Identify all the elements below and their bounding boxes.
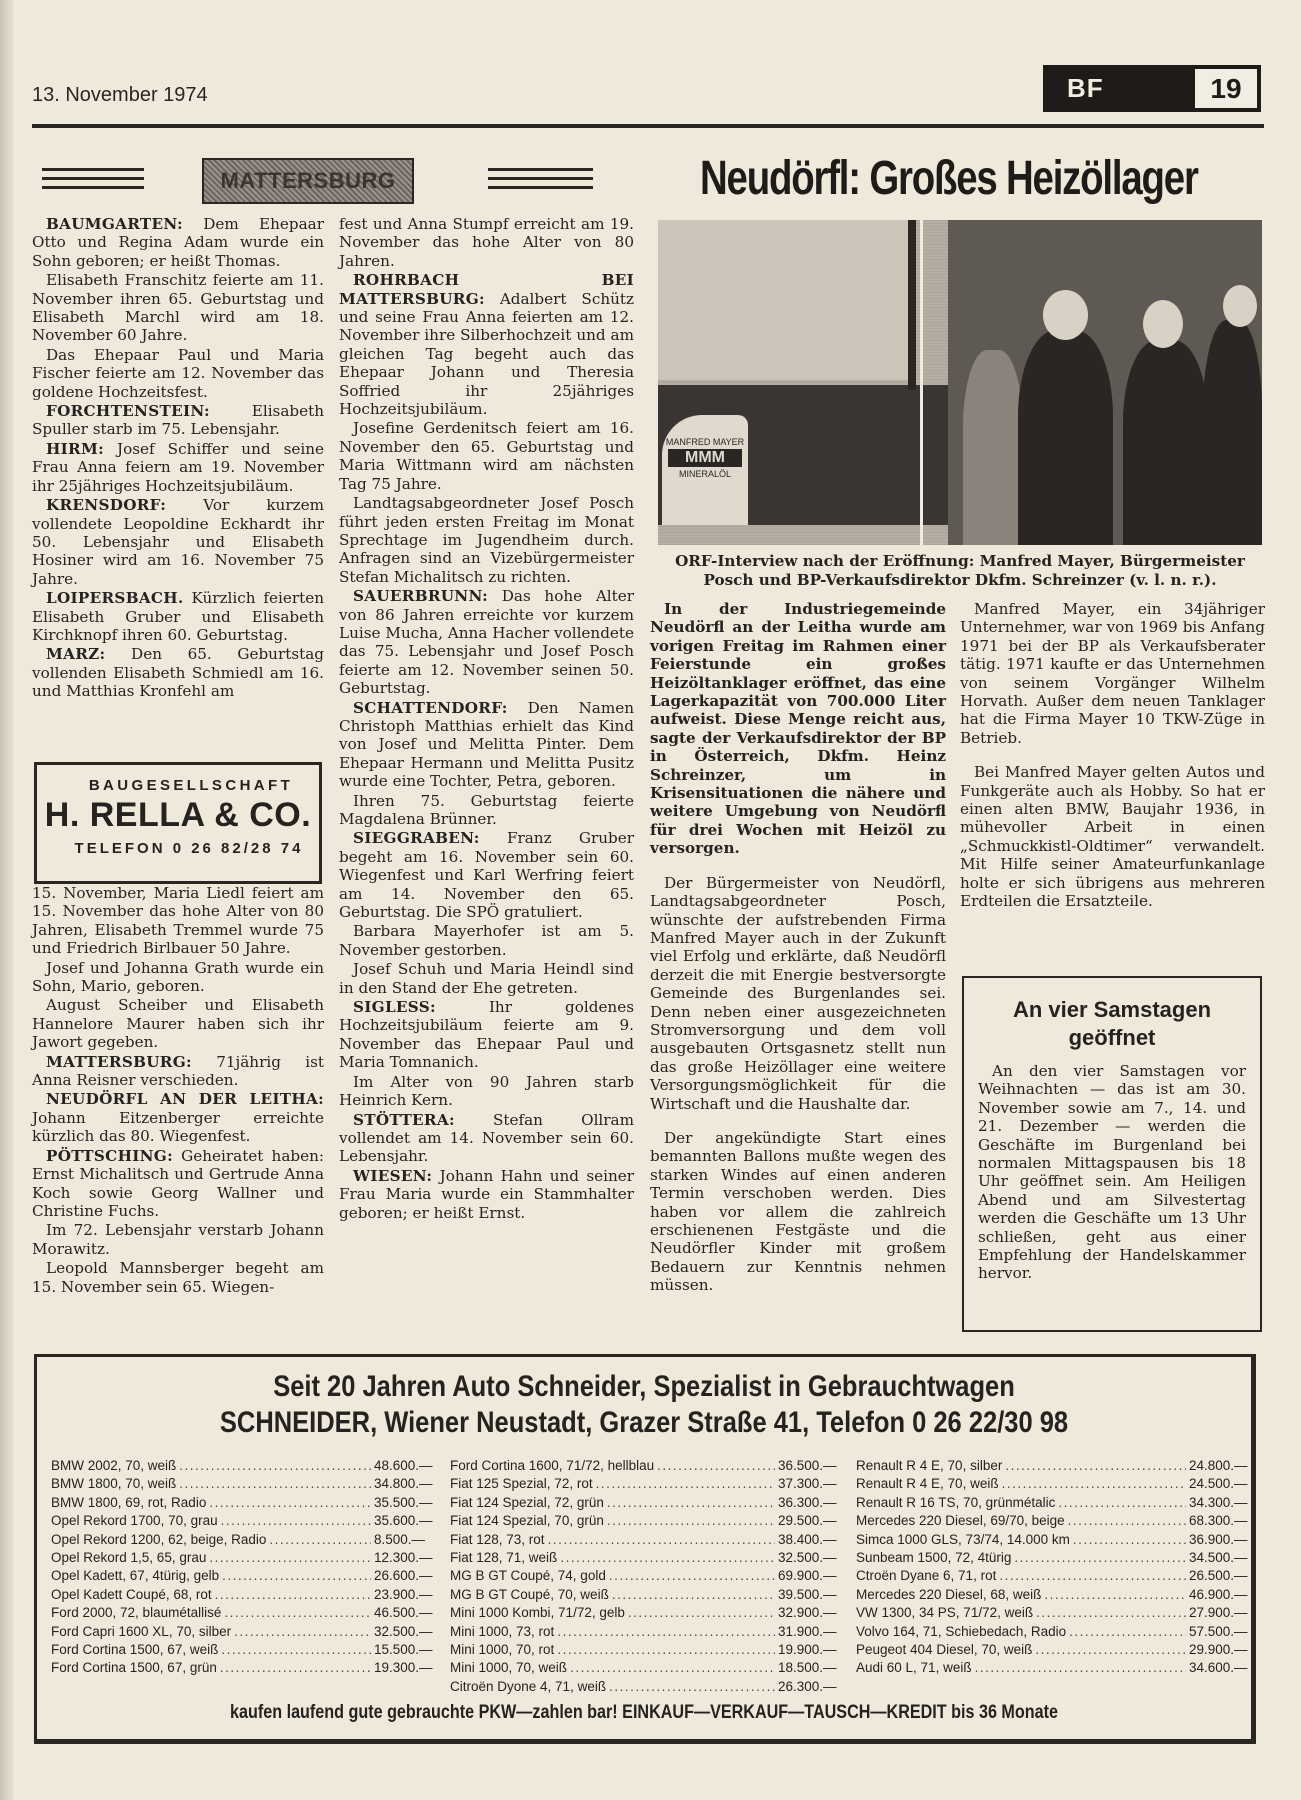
car-name: Fiat 124 Spezial, 70, grün [450, 1512, 604, 1530]
news-item: Ihren 75. Geburtstag feierte Magdalena B… [339, 792, 634, 829]
leader-dots [269, 1531, 371, 1549]
leader-dots [609, 1567, 775, 1585]
photo-truck: MANFRED MAYER MMM MINERALÖL [662, 415, 748, 525]
article-lead: In der Industriegemeinde Neudörfl an der… [650, 600, 946, 858]
leader-dots [179, 1475, 371, 1493]
news-item: Im Alter von 90 Jahren starb Heinrich Ke… [339, 1073, 634, 1110]
leader-dots [209, 1549, 371, 1567]
car-price: 68.300.— [1189, 1512, 1261, 1530]
leader-dots [220, 1659, 371, 1677]
car-listing: BMW 2002, 70, weiß48.600.— [51, 1457, 446, 1475]
car-price-list: BMW 2002, 70, weiß48.600.—BMW 1800, 70, … [51, 1457, 1241, 1696]
car-listing: Fiat 128, 71, weiß32.500.— [450, 1549, 850, 1567]
news-text: Im Alter von 90 Jahren starb Heinrich Ke… [339, 1073, 634, 1109]
car-price: 35.500.— [374, 1494, 446, 1512]
car-price: 34.800.— [374, 1475, 446, 1493]
car-price: 19.300.— [374, 1659, 446, 1677]
ad-rella-phone: TELEFON 0 26 82/28 74 [59, 840, 319, 857]
car-price: 24.500.— [1189, 1475, 1261, 1493]
car-name: Renault R 4 E, 70, silber [856, 1457, 1002, 1475]
leader-dots [999, 1567, 1186, 1585]
car-name: BMW 1800, 69, rot, Radio [51, 1494, 206, 1512]
car-name: Mini 1000, 73, rot [450, 1623, 554, 1641]
ad-rella: BAUGESELLSCHAFT H. RELLA & CO. TELEFON 0… [34, 762, 322, 884]
leader-dots [209, 1494, 371, 1512]
article-paragraph: Bei Manfred Mayer gelten Autos und Funkg… [960, 763, 1265, 910]
car-listing: Opel Rekord 1200, 62, beige, Radio8.500.… [51, 1531, 446, 1549]
car-price: 24.800.— [1189, 1457, 1261, 1475]
car-price: 32.900.— [778, 1604, 850, 1622]
place-name: LOIPERSBACH. [46, 589, 184, 607]
car-name: Renault R 16 TS, 70, grünmétalic [856, 1494, 1055, 1512]
car-listing: Mini 1000, 73, rot31.900.— [450, 1623, 850, 1641]
car-price: 69.900.— [778, 1567, 850, 1585]
section-heading: MATTERSBURG [42, 158, 622, 204]
car-price: 15.500.— [374, 1641, 446, 1659]
car-name: Ford Cortina 1500, 67, weiß [51, 1641, 218, 1659]
car-listing: Mercedes 220 Diesel, 68, weiß46.900.— [856, 1586, 1261, 1604]
car-listing: Simca 1000 GLS, 73/74, 14.000 km36.900.— [856, 1531, 1261, 1549]
news-text: Barbara Mayerhofer ist am 5. November ge… [339, 922, 634, 958]
ad-car-address: SCHNEIDER, Wiener Neustadt, Grazer Straß… [128, 1405, 1160, 1441]
car-price: 32.500.— [374, 1623, 446, 1641]
column-local-news-1b: 15. November, Maria Liedl feiert am 15. … [32, 884, 324, 1297]
news-text: Das Ehepaar Paul und Maria Fischer feier… [32, 346, 324, 401]
car-name: Opel Rekord 1200, 62, beige, Radio [51, 1531, 266, 1549]
car-list-column: Ford Cortina 1600, 71/72, hellblau36.500… [450, 1457, 850, 1696]
place-name: WIESEN: [353, 1167, 432, 1185]
car-price: 36.900.— [1189, 1531, 1261, 1549]
car-listing: Mercedes 220 Diesel, 69/70, beige68.300.… [856, 1512, 1261, 1530]
issue-date: 13. November 1974 [32, 84, 208, 107]
page-badge: BF 19 [1043, 65, 1261, 112]
news-item: STÖTTERA: Stefan Ollram vollendet am 14.… [339, 1111, 634, 1166]
car-listing: Renault R 4 E, 70, silber24.800.— [856, 1457, 1261, 1475]
news-item: Im 72. Lebensjahr verstarb Johann Morawi… [32, 1221, 324, 1258]
car-name: Peugeot 404 Diesel, 70, weiß [856, 1641, 1032, 1659]
car-listing: MG B GT Coupé, 70, weiß39.500.— [450, 1586, 850, 1604]
car-name: Ford 2000, 72, blaumétallisé [51, 1604, 221, 1622]
page-edge [0, 0, 14, 1800]
news-text: Josef Schuh und Maria Heindl sind in den… [339, 960, 634, 996]
news-item: LOIPERSBACH. Kürzlich feierten Elisabeth… [32, 589, 324, 644]
article-paragraph: Der angekündigte Start eines bemannten B… [650, 1129, 946, 1295]
leader-dots [975, 1659, 1186, 1677]
ad-car-footer: kaufen laufend gute gebrauchte PKW—zahle… [128, 1702, 1160, 1724]
car-listing: Fiat 125 Spezial, 72, rot37.300.— [450, 1475, 850, 1493]
car-listing: Fiat 124 Spezial, 70, grün29.500.— [450, 1512, 850, 1530]
car-listing: Citroën Dyone 4, 71, weiß26.300.— [450, 1678, 850, 1696]
car-name: Citroën Dyone 4, 71, weiß [450, 1678, 606, 1696]
car-listing: MG B GT Coupé, 74, gold69.900.— [450, 1567, 850, 1585]
car-price: 34.500.— [1189, 1549, 1261, 1567]
leader-dots [1044, 1586, 1186, 1604]
place-name: MATTERSBURG: [46, 1053, 192, 1071]
news-item: SAUERBRUNN: Das hohe Alter von 86 Jahren… [339, 587, 634, 697]
car-list-column: BMW 2002, 70, weiß48.600.—BMW 1800, 70, … [51, 1457, 446, 1696]
car-price: 26.600.— [374, 1567, 446, 1585]
car-price: 36.300.— [778, 1494, 850, 1512]
place-name: SAUERBRUNN: [353, 587, 488, 605]
news-item: NEUDÖRFL AN DER LEITHA: Johann Eitzenber… [32, 1090, 324, 1145]
car-name: BMW 2002, 70, weiß [51, 1457, 176, 1475]
notice-body: An den vier Samstagen vor Weihnachten — … [978, 1062, 1246, 1283]
leader-dots [596, 1475, 775, 1493]
leader-dots [557, 1623, 775, 1641]
car-price: 26.500.— [1189, 1567, 1261, 1585]
car-name: Mercedes 220 Diesel, 68, weiß [856, 1586, 1041, 1604]
car-name: Mercedes 220 Diesel, 69/70, beige [856, 1512, 1065, 1530]
photo-person [1123, 340, 1208, 545]
car-price: 8.500.— [374, 1531, 446, 1549]
leader-dots [1068, 1512, 1186, 1530]
car-listing: Mini 1000, 70, weiß18.500.— [450, 1659, 850, 1677]
car-name: Fiat 128, 71, weiß [450, 1549, 557, 1567]
car-price: 39.500.— [778, 1586, 850, 1604]
car-listing: Sunbeam 1500, 72, 4türig34.500.— [856, 1549, 1261, 1567]
place-name: SIGLESS: [353, 998, 436, 1016]
car-price: 29.900.— [1189, 1641, 1261, 1659]
car-listing: Opel Rekord 1,5, 65, grau12.300.— [51, 1549, 446, 1567]
car-price: 34.600.— [1189, 1659, 1261, 1677]
car-listing: Ford Capri 1600 XL, 70, silber32.500.— [51, 1623, 446, 1641]
car-name: Renault R 4 E, 70, weiß [856, 1475, 999, 1493]
article-photo: MANFRED MAYER MMM MINERALÖL [658, 220, 1262, 545]
car-listing: Renault R 16 TS, 70, grünmétalic34.300.— [856, 1494, 1261, 1512]
section-badge: BF [1067, 73, 1195, 104]
car-list-column: Renault R 4 E, 70, silber24.800.—Renault… [856, 1457, 1261, 1696]
place-name: PÖTTSCHING: [46, 1147, 173, 1165]
car-price: 48.600.— [374, 1457, 446, 1475]
leader-dots [224, 1604, 371, 1622]
car-name: Ford Cortina 1600, 71/72, hellblau [450, 1457, 654, 1475]
leader-dots [609, 1678, 775, 1696]
photo-caption: ORF-Interview nach der Eröffnung: Manfre… [650, 552, 1270, 590]
place-name: BAUMGARTEN: [46, 215, 183, 233]
leader-dots [1073, 1531, 1186, 1549]
car-price: 19.900.— [778, 1641, 850, 1659]
leader-dots [1002, 1475, 1186, 1493]
news-item: Josefine Gerdenitsch feiert am 16. Novem… [339, 419, 634, 493]
leader-dots [1058, 1494, 1186, 1512]
decorative-lines-left [42, 168, 144, 196]
news-item: Landtagsabgeordneter Josef Posch führt j… [339, 494, 634, 586]
news-text: fest und Anna Stumpf erreicht am 19. Nov… [339, 215, 634, 270]
car-name: Audi 60 L, 71, weiß [856, 1659, 972, 1677]
news-text: Landtagsabgeordneter Josef Posch führt j… [339, 494, 634, 586]
news-item: SIGLESS: Ihr goldenes Hochzeitsjubiläum … [339, 998, 634, 1072]
news-item: SIEGGRABEN: Franz Gruber begeht am 16. N… [339, 829, 634, 921]
leader-dots [628, 1604, 775, 1622]
car-listing: Fiat 128, 73, rot38.400.— [450, 1531, 850, 1549]
car-name: Fiat 125 Spezial, 72, rot [450, 1475, 593, 1493]
news-text: Adalbert Schütz und seine Frau Anna feie… [339, 290, 634, 418]
notice-title: An vier Samstagen geöffnet [978, 996, 1246, 1052]
car-name: BMW 1800, 70, weiß [51, 1475, 176, 1493]
car-name: Volvo 164, 71, Schiebedach, Radio [856, 1623, 1066, 1641]
leader-dots [179, 1457, 371, 1475]
car-name: Opel Kadett Coupé, 68, rot [51, 1586, 212, 1604]
article-paragraph: Manfred Mayer, ein 34jähriger Unternehme… [960, 600, 1265, 747]
car-price: 34.300.— [1189, 1494, 1261, 1512]
car-name: Opel Kadett, 67, 4türig, gelb [51, 1567, 219, 1585]
car-listing: Ford Cortina 1500, 67, grün19.300.— [51, 1659, 446, 1677]
car-price: 31.900.— [778, 1623, 850, 1641]
car-price: 37.300.— [778, 1475, 850, 1493]
leader-dots [1014, 1549, 1186, 1567]
news-text: August Scheiber und Elisabeth Hannelore … [32, 996, 324, 1051]
article-column-2: Manfred Mayer, ein 34jähriger Unternehme… [960, 600, 1265, 912]
leader-dots [607, 1512, 775, 1530]
news-text: 15. November, Maria Liedl feiert am 15. … [32, 884, 324, 957]
car-listing: Mini 1000, 70, rot19.900.— [450, 1641, 850, 1659]
car-price: 32.500.— [778, 1549, 850, 1567]
news-text: Josef und Johanna Grath wurde ein Sohn, … [32, 959, 324, 995]
news-text: Im 72. Lebensjahr verstarb Johann Morawi… [32, 1221, 324, 1257]
news-item: PÖTTSCHING: Geheiratet haben: Ernst Mich… [32, 1147, 324, 1221]
column-local-news-1: BAUMGARTEN: Dem Ehepaar Otto und Regina … [32, 215, 324, 702]
car-listing: BMW 1800, 70, weiß34.800.— [51, 1475, 446, 1493]
car-name: Opel Rekord 1700, 70, grau [51, 1512, 218, 1530]
news-text: Elisabeth Franschitz feierte am 11. Nove… [32, 271, 324, 344]
news-text: Leopold Mannsberger begeht am 15. Novemb… [32, 1259, 324, 1295]
article-headline: Neudörfl: Großes Heizöllager [700, 152, 1148, 206]
news-item: ROHRBACH BEI MATTERSBURG: Adalbert Schüt… [339, 271, 634, 418]
place-name: SIEGGRABEN: [353, 829, 480, 847]
leader-dots [221, 1512, 371, 1530]
place-name: STÖTTERA: [353, 1111, 455, 1129]
place-name: SCHATTENDORF: [353, 699, 508, 717]
car-name: Mini 1000, 70, weiß [450, 1659, 567, 1677]
car-name: Fiat 128, 73, rot [450, 1531, 545, 1549]
car-name: VW 1300, 34 PS, 71/72, weiß [856, 1604, 1033, 1622]
news-item: Josef und Johanna Grath wurde ein Sohn, … [32, 959, 324, 996]
column-local-news-2: fest und Anna Stumpf erreicht am 19. Nov… [339, 215, 634, 1223]
ad-car-headline: Seit 20 Jahren Auto Schneider, Spezialis… [128, 1369, 1160, 1405]
leader-dots [612, 1586, 775, 1604]
car-price: 46.500.— [374, 1604, 446, 1622]
car-listing: Ford Cortina 1600, 71/72, hellblau36.500… [450, 1457, 850, 1475]
car-name: Ctroën Dyane 6, 71, rot [856, 1567, 996, 1585]
place-name: FORCHTENSTEIN: [46, 402, 210, 420]
car-listing: BMW 1800, 69, rot, Radio35.500.— [51, 1494, 446, 1512]
car-name: Ford Cortina 1500, 67, grün [51, 1659, 217, 1677]
ad-rella-company: H. RELLA & CO. [37, 796, 319, 834]
leader-dots [221, 1641, 371, 1659]
car-name: MG B GT Coupé, 74, gold [450, 1567, 606, 1585]
news-item: Barbara Mayerhofer ist am 5. November ge… [339, 922, 634, 959]
car-name: Opel Rekord 1,5, 65, grau [51, 1549, 206, 1567]
car-listing: Ford 2000, 72, blaumétallisé46.500.— [51, 1604, 446, 1622]
leader-dots [657, 1457, 775, 1475]
place-name: HIRM: [46, 440, 104, 458]
leader-dots [1035, 1641, 1186, 1659]
news-item: Josef Schuh und Maria Heindl sind in den… [339, 960, 634, 997]
leader-dots [570, 1659, 775, 1677]
car-listing: Opel Kadett Coupé, 68, rot23.900.— [51, 1586, 446, 1604]
news-text: Josefine Gerdenitsch feiert am 16. Novem… [339, 419, 634, 492]
car-listing: Opel Rekord 1700, 70, grau35.600.— [51, 1512, 446, 1530]
leader-dots [560, 1549, 775, 1567]
car-name: Simca 1000 GLS, 73/74, 14.000 km [856, 1531, 1070, 1549]
car-name: Fiat 124 Spezial, 72, grün [450, 1494, 604, 1512]
news-item: SCHATTENDORF: Den Namen Christoph Matthi… [339, 699, 634, 791]
car-price: 29.500.— [778, 1512, 850, 1530]
news-item: August Scheiber und Elisabeth Hannelore … [32, 996, 324, 1051]
car-price: 36.500.— [778, 1457, 850, 1475]
car-price: 23.900.— [374, 1586, 446, 1604]
leader-dots [1036, 1604, 1186, 1622]
car-listing: Opel Kadett, 67, 4türig, gelb26.600.— [51, 1567, 446, 1585]
car-listing: Renault R 4 E, 70, weiß24.500.— [856, 1475, 1261, 1493]
car-price: 46.900.— [1189, 1586, 1261, 1604]
news-item: BAUMGARTEN: Dem Ehepaar Otto und Regina … [32, 215, 324, 270]
notice-box-saturdays: An vier Samstagen geöffnet An den vier S… [962, 976, 1262, 1332]
car-price: 27.900.— [1189, 1604, 1261, 1622]
car-price: 26.300.— [778, 1678, 850, 1696]
car-name: Mini 1000 Kombi, 71/72, gelb [450, 1604, 625, 1622]
leader-dots [557, 1641, 775, 1659]
photo-person [1018, 330, 1113, 545]
leader-dots [548, 1531, 775, 1549]
car-listing: Fiat 124 Spezial, 72, grün36.300.— [450, 1494, 850, 1512]
news-item: FORCHTENSTEIN: Elisabeth Spuller starb i… [32, 402, 324, 439]
car-listing: Ctroën Dyane 6, 71, rot26.500.— [856, 1567, 1261, 1585]
news-item: Elisabeth Franschitz feierte am 11. Nove… [32, 271, 324, 345]
car-name: Ford Capri 1600 XL, 70, silber [51, 1623, 231, 1641]
car-listing: VW 1300, 34 PS, 71/72, weiß27.900.— [856, 1604, 1261, 1622]
place-name: NEUDÖRFL AN DER LEITHA: [46, 1090, 324, 1108]
ad-rella-line1: BAUGESELLSCHAFT [63, 777, 319, 794]
car-price: 12.300.— [374, 1549, 446, 1567]
car-price: 35.600.— [374, 1512, 446, 1530]
leader-dots [1005, 1457, 1186, 1475]
leader-dots [215, 1586, 371, 1604]
news-item: KRENSDORF: Vor kurzem vollendete Leopold… [32, 496, 324, 588]
car-name: Mini 1000, 70, rot [450, 1641, 554, 1659]
place-name: KRENSDORF: [46, 496, 166, 514]
leader-dots [222, 1567, 371, 1585]
news-item: Das Ehepaar Paul und Maria Fischer feier… [32, 346, 324, 401]
car-listing: Ford Cortina 1500, 67, weiß15.500.— [51, 1641, 446, 1659]
header-rule [32, 124, 1264, 128]
car-price: 18.500.— [778, 1659, 850, 1677]
car-name: Sunbeam 1500, 72, 4türig [856, 1549, 1011, 1567]
news-text: Ihren 75. Geburtstag feierte Magdalena B… [339, 792, 634, 828]
car-name: MG B GT Coupé, 70, weiß [450, 1586, 609, 1604]
leader-dots [234, 1623, 371, 1641]
leader-dots [607, 1494, 775, 1512]
decorative-lines-right [488, 168, 593, 196]
news-item: MARZ: Den 65. Geburtstag vollenden Elisa… [32, 645, 324, 700]
news-item: 15. November, Maria Liedl feiert am 15. … [32, 884, 324, 958]
news-item: Leopold Mannsberger begeht am 15. Novemb… [32, 1259, 324, 1296]
news-item: HIRM: Josef Schiffer und seine Frau Anna… [32, 440, 324, 495]
news-item: fest und Anna Stumpf erreicht am 19. Nov… [339, 215, 634, 270]
place-name: MARZ: [46, 645, 105, 663]
car-listing: Volvo 164, 71, Schiebedach, Radio57.500.… [856, 1623, 1261, 1641]
page-number: 19 [1195, 69, 1257, 108]
photo-person [1203, 320, 1262, 545]
leader-dots [1069, 1623, 1186, 1641]
car-price: 38.400.— [778, 1531, 850, 1549]
car-listing: Audi 60 L, 71, weiß34.600.— [856, 1659, 1261, 1677]
ad-auto-schneider: Seit 20 Jahren Auto Schneider, Spezialis… [34, 1354, 1256, 1744]
section-title: MATTERSBURG [202, 158, 414, 204]
news-item: WIESEN: Johann Hahn und seiner Frau Mari… [339, 1167, 634, 1222]
news-text: Johann Eitzenberger erreichte kürzlich d… [32, 1109, 324, 1145]
car-listing: Mini 1000 Kombi, 71/72, gelb32.900.— [450, 1604, 850, 1622]
article-column-1: In der Industriegemeinde Neudörfl an der… [650, 600, 946, 1296]
article-paragraph: Der Bürgermeister von Neudörfl, Landtags… [650, 874, 946, 1113]
news-item: MATTERSBURG: 71jährig ist Anna Reisner v… [32, 1053, 324, 1090]
car-price: 57.500.— [1189, 1623, 1261, 1641]
car-listing: Peugeot 404 Diesel, 70, weiß29.900.— [856, 1641, 1261, 1659]
photo-person [963, 350, 1023, 545]
